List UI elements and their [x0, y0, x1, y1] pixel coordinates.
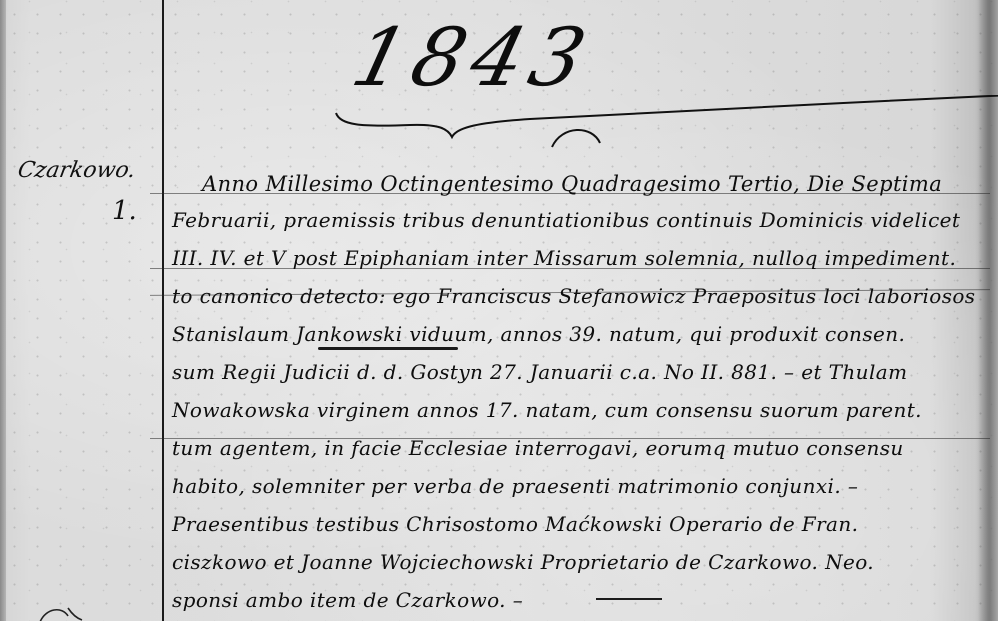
entry-line: Praesentibus testibus Chrisostomo Maćkow…	[172, 512, 858, 536]
margin-entry-number: 1.	[112, 196, 137, 226]
surname-underline	[318, 347, 458, 350]
heading-flourish	[330, 95, 998, 155]
entry-line: ciszkowo et Joanne Wojciechowski Proprie…	[172, 550, 874, 574]
entry-line: sponsi ambo item de Czarkowo. –	[172, 588, 523, 612]
entry-line: Stanislaum Jankowski viduum, annos 39. n…	[172, 322, 905, 346]
margin-rule-line	[162, 0, 164, 621]
entry-line: III. IV. et V post Epiphaniam inter Miss…	[172, 246, 956, 270]
entry-line: sum Regii Judicii d. d. Gostyn 27. Janua…	[172, 360, 907, 384]
margin-place-name: Czarkowo.	[16, 158, 138, 183]
entry-line: Nowakowska virginem annos 17. natam, cum…	[172, 398, 922, 422]
register-page: 1843 Czarkowo. 1. Anno Millesimo Octinge…	[0, 0, 998, 621]
closing-dash	[596, 598, 662, 600]
entry-line: habito, solemniter per verba de praesent…	[172, 474, 858, 498]
entry-line: to canonico detecto: ego Franciscus Stef…	[172, 284, 975, 308]
binding-shadow	[978, 0, 998, 621]
entry-line: Februarii, praemissis tribus denuntiatio…	[172, 208, 960, 232]
entry-line: tum agentem, in facie Ecclesiae interrog…	[172, 436, 904, 460]
year-heading: 1843	[345, 18, 601, 98]
page-left-edge	[0, 0, 6, 621]
next-entry-margin-glyph	[38, 604, 88, 621]
entry-line: Anno Millesimo Octingentesimo Quadragesi…	[202, 172, 942, 196]
